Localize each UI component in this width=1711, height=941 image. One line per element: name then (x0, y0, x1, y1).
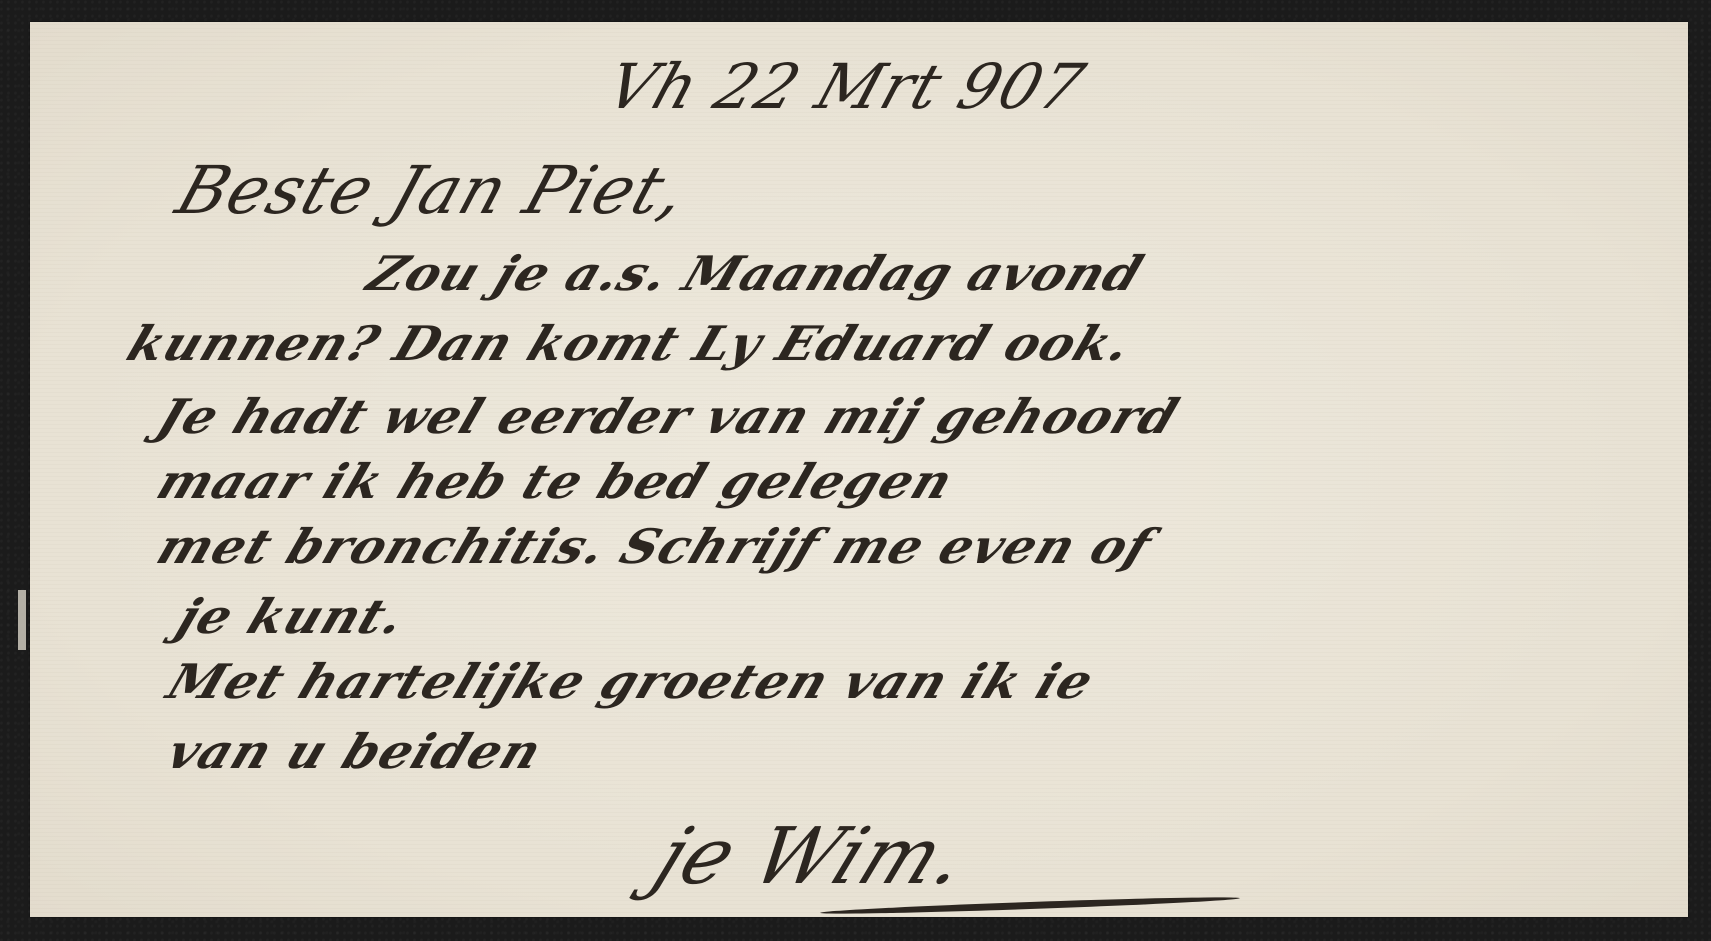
salutation: Beste Jan Piet, (167, 152, 696, 229)
letter-card: Vh 22 Mrt 907 Beste Jan Piet, Zou je a.s… (30, 22, 1688, 917)
body-line: Je hadt wel eerder van mij gehoord (150, 388, 1187, 444)
body-line: met bronchitis. Schrijf me even of (150, 518, 1160, 574)
signature: je Wim. (642, 812, 983, 902)
scan-edge-tab (18, 590, 26, 650)
body-line: Zou je a.s. Maandag avond (360, 245, 1151, 301)
body-line: kunnen? Dan komt Ly Eduard ook. (120, 315, 1140, 371)
date-line: Vh 22 Mrt 907 (598, 50, 1094, 123)
body-line: Met hartelijke groeten van ik ie (160, 653, 1102, 709)
body-line: van u beiden (160, 723, 550, 779)
body-line: je kunt. (170, 588, 414, 644)
body-line: maar ik heb te bed gelegen (150, 453, 962, 509)
